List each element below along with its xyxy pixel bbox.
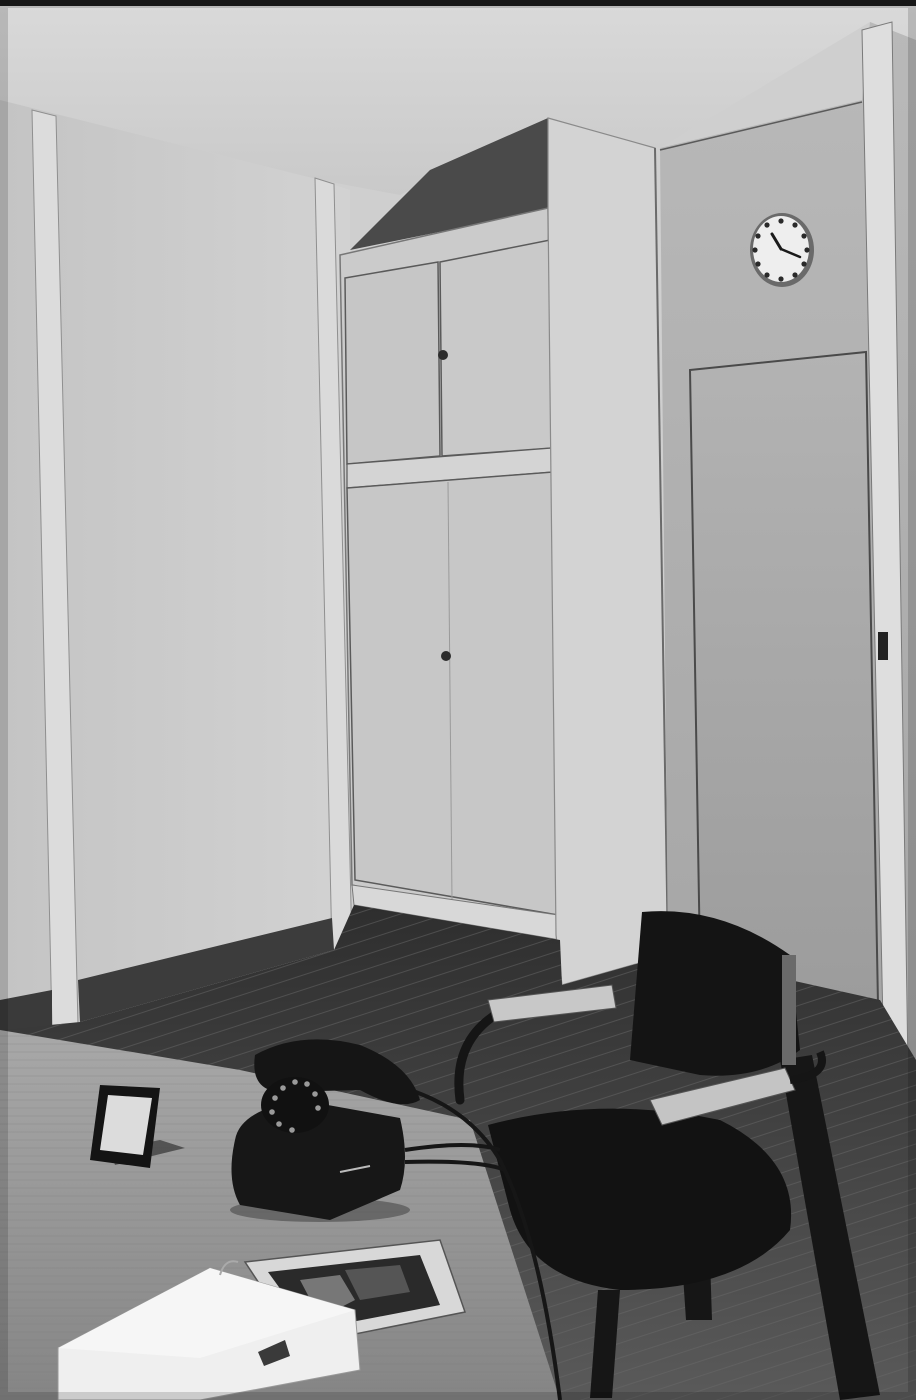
clock-icon	[750, 213, 814, 287]
side-panel	[548, 118, 668, 985]
cabinet-handle-lower	[441, 651, 451, 661]
left-wall	[0, 100, 352, 1032]
cabinet	[340, 208, 560, 940]
door	[690, 352, 888, 1005]
office-photo: Black-and-white photograph of a mid-cent…	[0, 0, 916, 1400]
cabinet-lower-doors	[347, 472, 558, 915]
cabinet-upper-door-right	[440, 240, 552, 456]
cabinet-handle-upper	[438, 350, 448, 360]
cabinet-upper-door-left	[345, 262, 440, 464]
door-latch-icon	[878, 632, 888, 660]
photo-canvas	[0, 0, 916, 1400]
